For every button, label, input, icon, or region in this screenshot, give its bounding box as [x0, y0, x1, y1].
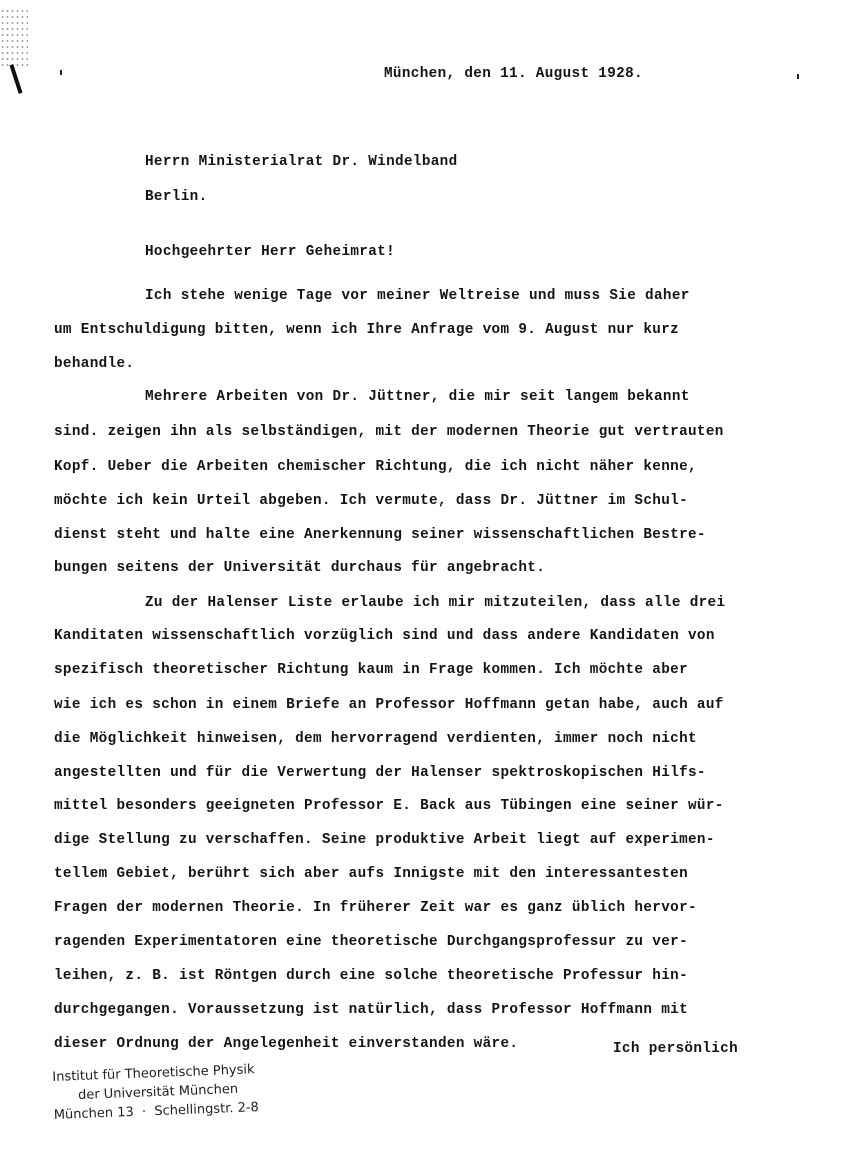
- body-line: dienst steht und halte eine Anerkennung …: [54, 527, 706, 543]
- body-line: um Entschuldigung bitten, wenn ich Ihre …: [54, 322, 679, 338]
- scan-speck: [797, 74, 799, 79]
- body-line: Ich stehe wenige Tage vor meiner Weltrei…: [145, 288, 690, 304]
- body-line: tellem Gebiet, berührt sich aber aufs In…: [54, 866, 688, 882]
- scan-noise: [0, 8, 28, 68]
- recipient-city: Berlin.: [145, 189, 208, 205]
- body-line: Kopf. Ueber die Arbeiten chemischer Rich…: [54, 459, 697, 475]
- body-line: durchgegangen. Voraussetzung ist natürli…: [54, 1002, 688, 1018]
- body-line: die Möglichkeit hinweisen, dem hervorrag…: [54, 731, 697, 747]
- body-line: angestellten und für die Verwertung der …: [54, 765, 706, 781]
- body-line: sind. zeigen ihn als selbständigen, mit …: [54, 424, 724, 440]
- body-line: ragenden Experimentatoren eine theoretis…: [54, 934, 688, 950]
- body-line: mittel besonders geeigneten Professor E.…: [54, 798, 724, 814]
- body-line: Mehrere Arbeiten von Dr. Jüttner, die mi…: [145, 389, 690, 405]
- body-line: Kanditaten wissenschaftlich vorzüglich s…: [54, 628, 715, 644]
- body-line: wie ich es schon in einem Briefe an Prof…: [54, 697, 724, 713]
- letter-page: München, den 11. August 1928. Herrn Mini…: [0, 0, 843, 1154]
- body-line: dige Stellung zu verschaffen. Seine prod…: [54, 832, 715, 848]
- salutation: Hochgeehrter Herr Geheimrat!: [145, 244, 395, 260]
- body-line-continued: Ich persönlich: [613, 1041, 738, 1057]
- body-line: leihen, z. B. ist Röntgen durch eine sol…: [54, 968, 688, 984]
- letter-date: München, den 11. August 1928.: [384, 66, 643, 82]
- scan-speck: [60, 70, 62, 75]
- institute-stamp: Institut für Theoretische Physik der Uni…: [52, 1060, 259, 1125]
- margin-pen-mark: [9, 64, 22, 94]
- body-line: möchte ich kein Urteil abgeben. Ich verm…: [54, 493, 688, 509]
- recipient-name: Herrn Ministerialrat Dr. Windelband: [145, 154, 458, 170]
- body-line: Zu der Halenser Liste erlaube ich mir mi…: [145, 595, 725, 611]
- body-line: behandle.: [54, 356, 134, 372]
- body-line: dieser Ordnung der Angelegenheit einvers…: [54, 1036, 518, 1052]
- body-line: bungen seitens der Universität durchaus …: [54, 560, 545, 576]
- body-line: spezifisch theoretischer Richtung kaum i…: [54, 662, 688, 678]
- body-line: Fragen der modernen Theorie. In früherer…: [54, 900, 697, 916]
